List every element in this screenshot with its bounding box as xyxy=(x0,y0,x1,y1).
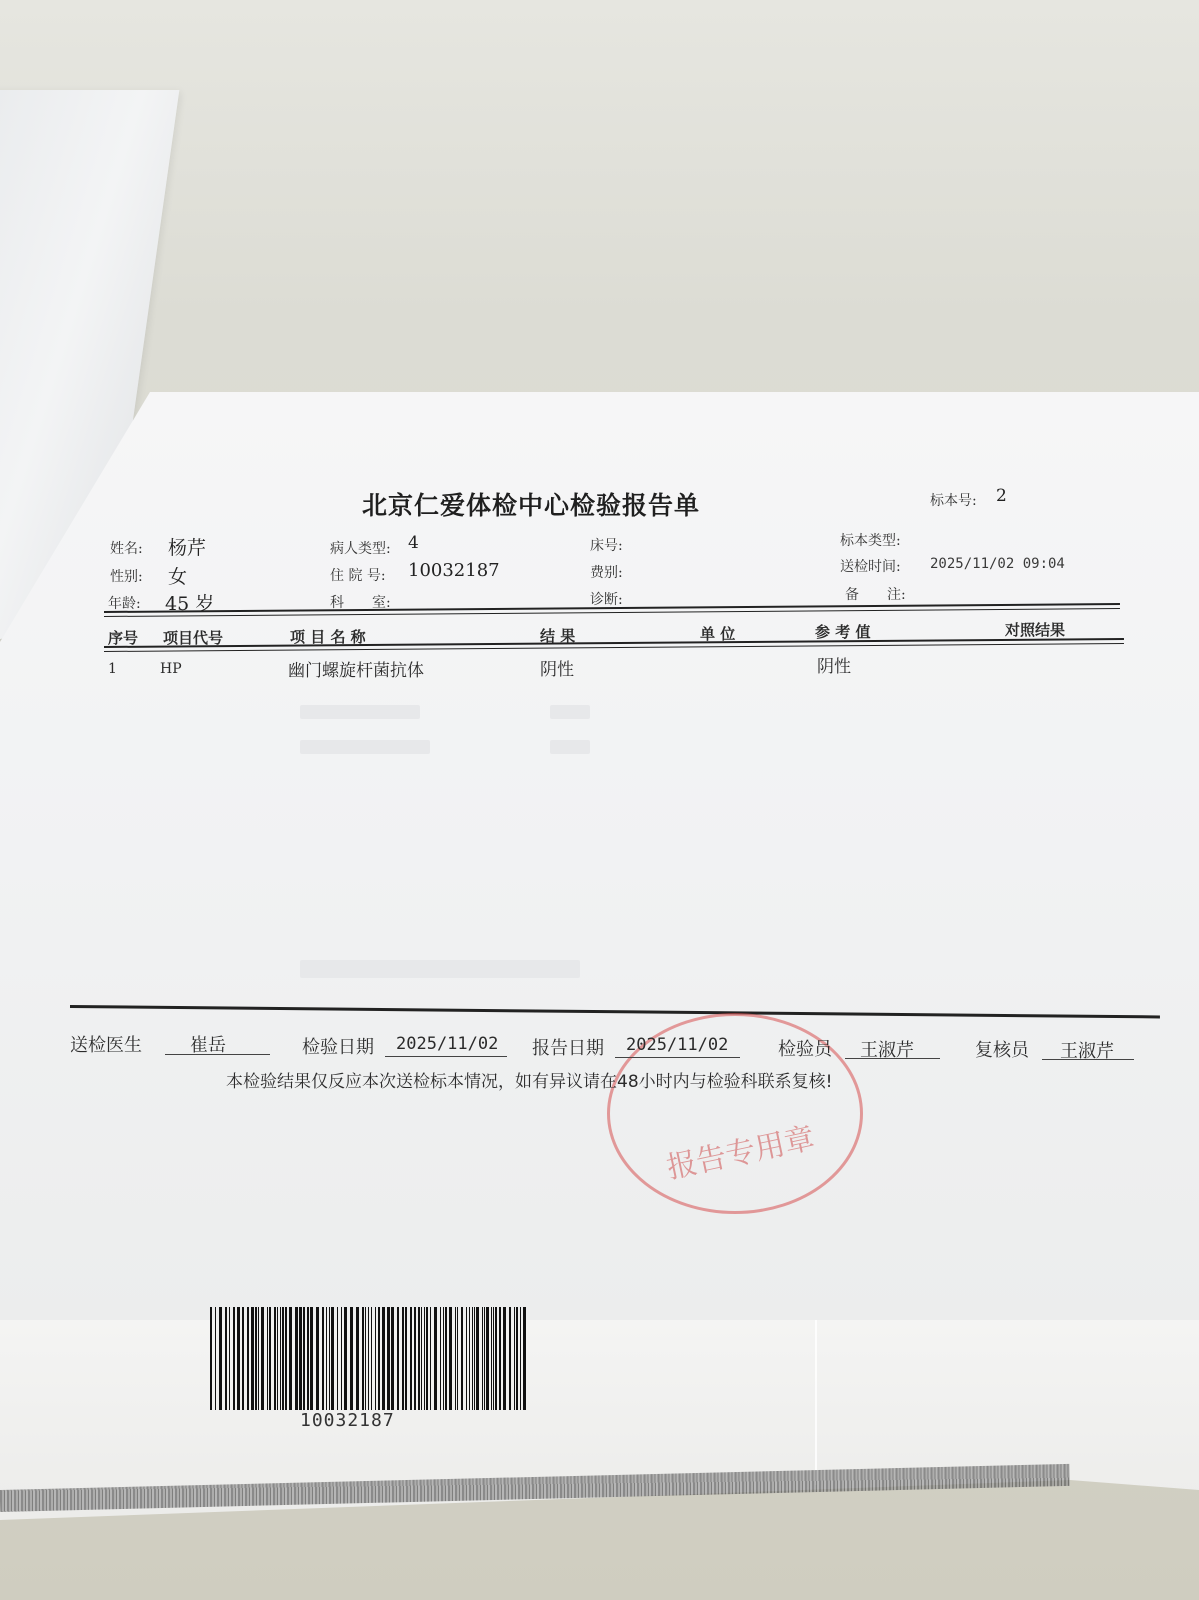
reviewer-label: 复核员 xyxy=(975,1036,1029,1062)
patient-gender: 女 xyxy=(168,562,187,589)
submit-time: 2025/11/02 09:04 xyxy=(930,556,1065,572)
barcode xyxy=(210,1307,533,1410)
doctor-label: 送检医生 xyxy=(70,1031,142,1057)
fee-type-label: 费别: xyxy=(590,562,623,582)
admission-no-label: 住 院 号: xyxy=(330,565,386,585)
test-date-label: 检验日期 xyxy=(302,1033,374,1059)
row-reference: 阴性 xyxy=(817,652,851,677)
bleed-through xyxy=(300,960,580,978)
tester-underline xyxy=(845,1058,940,1059)
test-date: 2025/11/02 xyxy=(396,1034,498,1054)
bleed-through xyxy=(550,705,590,719)
col-header-result: 结 果 xyxy=(540,625,575,646)
admission-no: 10032187 xyxy=(408,560,500,581)
report-date-label: 报告日期 xyxy=(532,1034,604,1060)
disclaimer: 本检验结果仅反应本次送检标本情况，如有异议请在48小时内与检验科联系复核! xyxy=(226,1067,832,1092)
col-header-no: 序号 xyxy=(108,627,138,648)
col-header-unit: 单 位 xyxy=(700,623,735,644)
strip-fold xyxy=(815,1320,817,1485)
name-label: 姓名: xyxy=(110,538,143,558)
row-no: 1 xyxy=(108,661,117,677)
test-date-underline xyxy=(385,1056,507,1057)
patient-type-label: 病人类型: xyxy=(330,538,391,558)
reviewer-underline xyxy=(1042,1059,1134,1060)
bleed-through xyxy=(300,705,420,719)
col-header-code: 项目代号 xyxy=(163,627,223,648)
col-header-compare: 对照结果 xyxy=(1005,619,1065,640)
barcode-number: 10032187 xyxy=(300,1410,395,1431)
specimen-no: 2 xyxy=(996,486,1007,506)
tester-label: 检验员 xyxy=(778,1035,832,1061)
report-title: 北京仁爱体检中心检验报告单 xyxy=(362,486,700,522)
submit-time-label: 送检时间: xyxy=(840,556,901,576)
col-header-reference: 参 考 值 xyxy=(815,621,870,642)
report-date-underline xyxy=(615,1057,740,1058)
remark-label: 备 注: xyxy=(845,584,906,604)
doctor-underline xyxy=(165,1054,270,1055)
specimen-type-label: 标本类型: xyxy=(840,530,901,550)
report-sheet xyxy=(0,392,1199,1322)
bed-label: 床号: xyxy=(590,535,623,555)
bleed-through xyxy=(550,740,590,754)
patient-name: 杨芹 xyxy=(168,533,206,560)
patient-type: 4 xyxy=(408,533,419,553)
row-result: 阴性 xyxy=(540,655,574,680)
specimen-no-label: 标本号: xyxy=(930,490,977,510)
row-code: HP xyxy=(160,661,182,677)
gender-label: 性别: xyxy=(110,566,143,586)
row-name: 幽门螺旋杆菌抗体 xyxy=(288,656,424,681)
report-date: 2025/11/02 xyxy=(626,1035,728,1055)
col-header-name: 项 目 名 称 xyxy=(290,626,366,647)
bleed-through xyxy=(300,740,430,754)
